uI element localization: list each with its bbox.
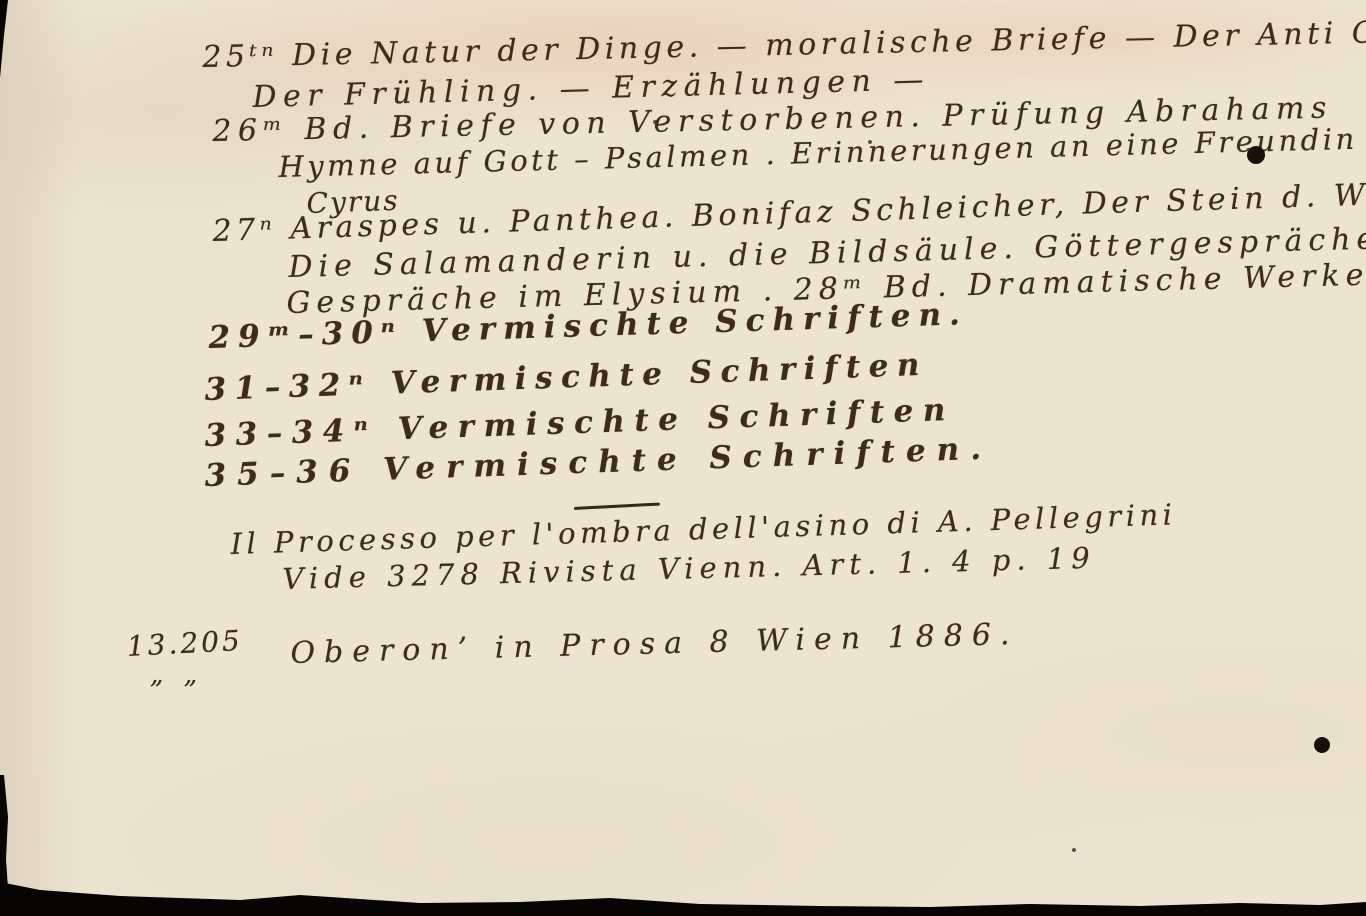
manuscript-page: 25ᵗⁿ Die Natur der Dinge. — moralische B… bbox=[0, 0, 1366, 916]
paper-speck bbox=[868, 140, 872, 144]
scan-edge-bottom bbox=[0, 876, 1366, 916]
manuscript-line: „ „ bbox=[150, 660, 203, 690]
ink-blot bbox=[1247, 146, 1265, 164]
ink-blot bbox=[1314, 737, 1330, 753]
scan-edge-top-left bbox=[0, 0, 10, 80]
paper-speck bbox=[1072, 848, 1076, 852]
divider-stroke bbox=[574, 503, 660, 510]
manuscript-line: 13.205 bbox=[126, 624, 244, 663]
paper-speck bbox=[653, 120, 657, 124]
manuscript-line: Oberon’ in Prosa 8 Wien 1886. bbox=[290, 617, 1019, 671]
